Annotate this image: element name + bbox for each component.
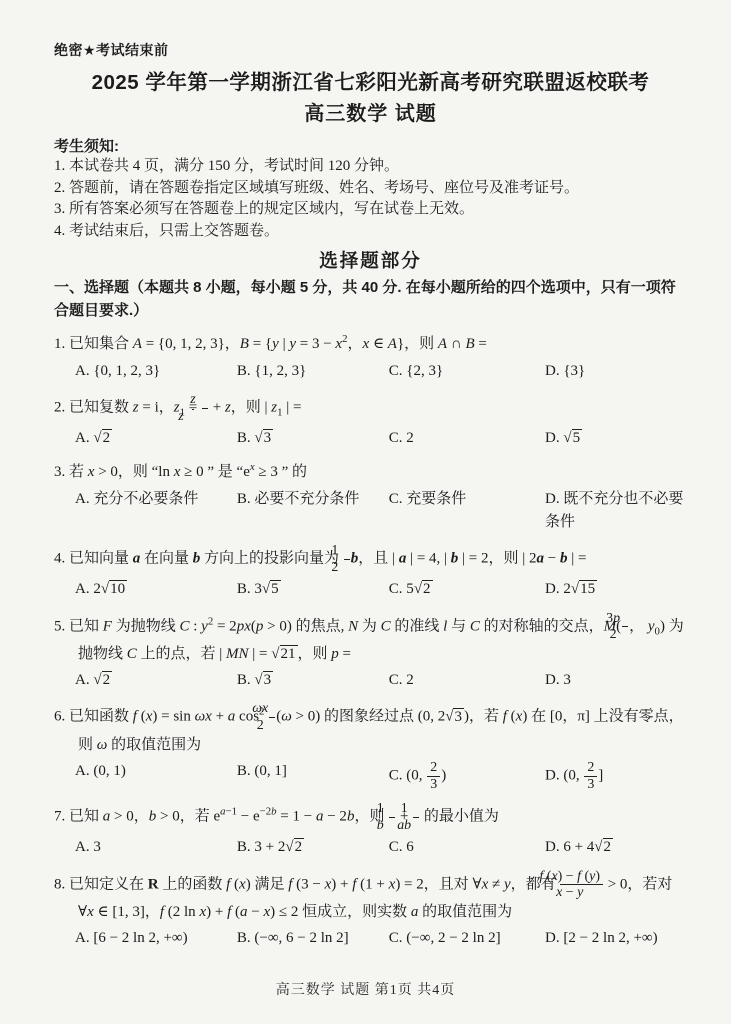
question-3-stem: 3. 若 x > 0，则 “ln x ≥ 0 ” 是 “ex ≥ 3 ” 的	[54, 459, 687, 484]
secrecy-label: 绝密★考试结束前	[54, 40, 687, 60]
section-title: 选择题部分	[54, 247, 687, 273]
question-3-option-d: D. 既不充分也不必要条件	[545, 488, 687, 535]
question-8-option-a: A. [6 − 2 ln 2, +∞)	[75, 927, 237, 950]
question-3: 3. 若 x > 0，则 “ln x ≥ 0 ” 是 “ex ≥ 3 ” 的 A…	[54, 459, 687, 534]
question-8: 8. 已知定义在 R 上的函数 f (x) 满足 f (3 − x) + f (…	[54, 869, 687, 951]
notice-heading: 考生须知:	[54, 135, 687, 156]
notice-item-1: 1. 本试卷共 4 页，满分 150 分，考试时间 120 分钟。	[54, 156, 687, 178]
question-2-option-a: A. √2	[75, 427, 237, 450]
question-1-option-d: D. {3}	[545, 360, 687, 383]
question-3-option-c: C. 充要条件	[389, 488, 545, 535]
section-instructions: 一、选择题（本题共 8 小题，每小题 5 分，共 40 分. 在每小题所给的四个…	[54, 277, 687, 322]
question-5-option-b: B. √3	[237, 669, 389, 692]
question-4-stem: 4. 已知向量 a 在向量 b 方向上的投影向量为 12b，且 | a | = …	[54, 543, 687, 575]
exam-subtitle: 高三数学 试题	[54, 97, 687, 126]
question-2-option-c: C. 2	[389, 427, 545, 450]
question-1-stem: 1. 已知集合 A = {0, 1, 2, 3}，B = {y | y = 3 …	[54, 331, 687, 356]
question-5-options: A. √2 B. √3 C. 2 D. 3	[54, 669, 687, 692]
question-7-option-a: A. 3	[75, 836, 237, 859]
question-4-option-d: D. 2√15	[545, 578, 687, 601]
question-6-options: A. (0, 1) B. (0, 1] C. (0, 23) D. (0, 23…	[54, 760, 687, 792]
question-8-stem: 8. 已知定义在 R 上的函数 f (x) 满足 f (3 − x) + f (…	[54, 869, 687, 925]
question-2-options: A. √2 B. √3 C. 2 D. √5	[54, 427, 687, 450]
question-4-option-b: B. 3√5	[237, 578, 389, 601]
question-3-option-a: A. 充分不必要条件	[75, 488, 237, 535]
question-5: 5. 已知 F 为抛物线 C : y2 = 2px(p > 0) 的焦点, N …	[54, 611, 687, 693]
question-1-option-a: A. {0, 1, 2, 3}	[75, 360, 237, 383]
question-2: 2. 已知复数 z = i，z1 = zz + z，则 | z1 | = A. …	[54, 392, 687, 451]
question-4-option-a: A. 2√10	[75, 578, 237, 601]
question-7-options: A. 3 B. 3 + 2√2 C. 6 D. 6 + 4√2	[54, 836, 687, 859]
question-5-option-a: A. √2	[75, 669, 237, 692]
question-2-option-b: B. √3	[237, 427, 389, 450]
exam-paper-page: 绝密★考试结束前 2025 学年第一学期浙江省七彩阳光新高考研究联盟返校联考 高…	[0, 0, 731, 1024]
question-1-option-c: C. {2, 3}	[389, 360, 545, 383]
question-6-option-d: D. (0, 23]	[545, 760, 687, 792]
question-7: 7. 已知 a > 0，b > 0，若 ea−1 − e−2b = 1 − a …	[54, 801, 687, 860]
question-6-option-a: A. (0, 1)	[75, 760, 237, 792]
question-7-option-d: D. 6 + 4√2	[545, 836, 687, 859]
question-8-option-b: B. (−∞, 6 − 2 ln 2]	[237, 927, 389, 950]
question-8-option-d: D. [2 − 2 ln 2, +∞)	[545, 927, 687, 950]
question-6: 6. 已知函数 f (x) = sin ωx + a cos2 ωx2(ω > …	[54, 701, 687, 792]
question-6-option-c: C. (0, 23)	[389, 760, 545, 792]
question-1: 1. 已知集合 A = {0, 1, 2, 3}，B = {y | y = 3 …	[54, 331, 687, 383]
page-footer: 高三数学 试题 第1页 共4页	[0, 979, 731, 999]
question-5-stem: 5. 已知 F 为抛物线 C : y2 = 2px(p > 0) 的焦点, N …	[54, 611, 687, 667]
question-7-stem: 7. 已知 a > 0，b > 0，若 ea−1 − e−2b = 1 − a …	[54, 801, 687, 833]
question-5-option-c: C. 2	[389, 669, 545, 692]
notice-item-4: 4. 考试结束后，只需上交答题卷。	[54, 221, 687, 243]
question-1-options: A. {0, 1, 2, 3} B. {1, 2, 3} C. {2, 3} D…	[54, 360, 687, 383]
question-4-option-c: C. 5√2	[389, 578, 545, 601]
question-8-option-c: C. (−∞, 2 − 2 ln 2]	[389, 927, 545, 950]
question-3-option-b: B. 必要不充分条件	[237, 488, 389, 535]
question-8-options: A. [6 − 2 ln 2, +∞) B. (−∞, 6 − 2 ln 2] …	[54, 927, 687, 950]
question-1-option-b: B. {1, 2, 3}	[237, 360, 389, 383]
question-2-option-d: D. √5	[545, 427, 687, 450]
question-6-stem: 6. 已知函数 f (x) = sin ωx + a cos2 ωx2(ω > …	[54, 701, 687, 757]
exam-title: 2025 学年第一学期浙江省七彩阳光新高考研究联盟返校联考	[54, 65, 687, 95]
question-7-option-b: B. 3 + 2√2	[237, 836, 389, 859]
question-4: 4. 已知向量 a 在向量 b 方向上的投影向量为 12b，且 | a | = …	[54, 543, 687, 602]
question-4-options: A. 2√10 B. 3√5 C. 5√2 D. 2√15	[54, 578, 687, 601]
notice-item-2: 2. 答题前，请在答题卷指定区域填写班级、姓名、考场号、座位号及准考证号。	[54, 178, 687, 200]
notice-item-3: 3. 所有答案必须写在答题卷上的规定区域内，写在试卷上无效。	[54, 199, 687, 221]
question-3-options: A. 充分不必要条件 B. 必要不充分条件 C. 充要条件 D. 既不充分也不必…	[54, 488, 687, 535]
question-7-option-c: C. 6	[389, 836, 545, 859]
question-2-stem: 2. 已知复数 z = i，z1 = zz + z，则 | z1 | =	[54, 392, 687, 424]
question-5-option-d: D. 3	[545, 669, 687, 692]
question-6-option-b: B. (0, 1]	[237, 760, 389, 792]
